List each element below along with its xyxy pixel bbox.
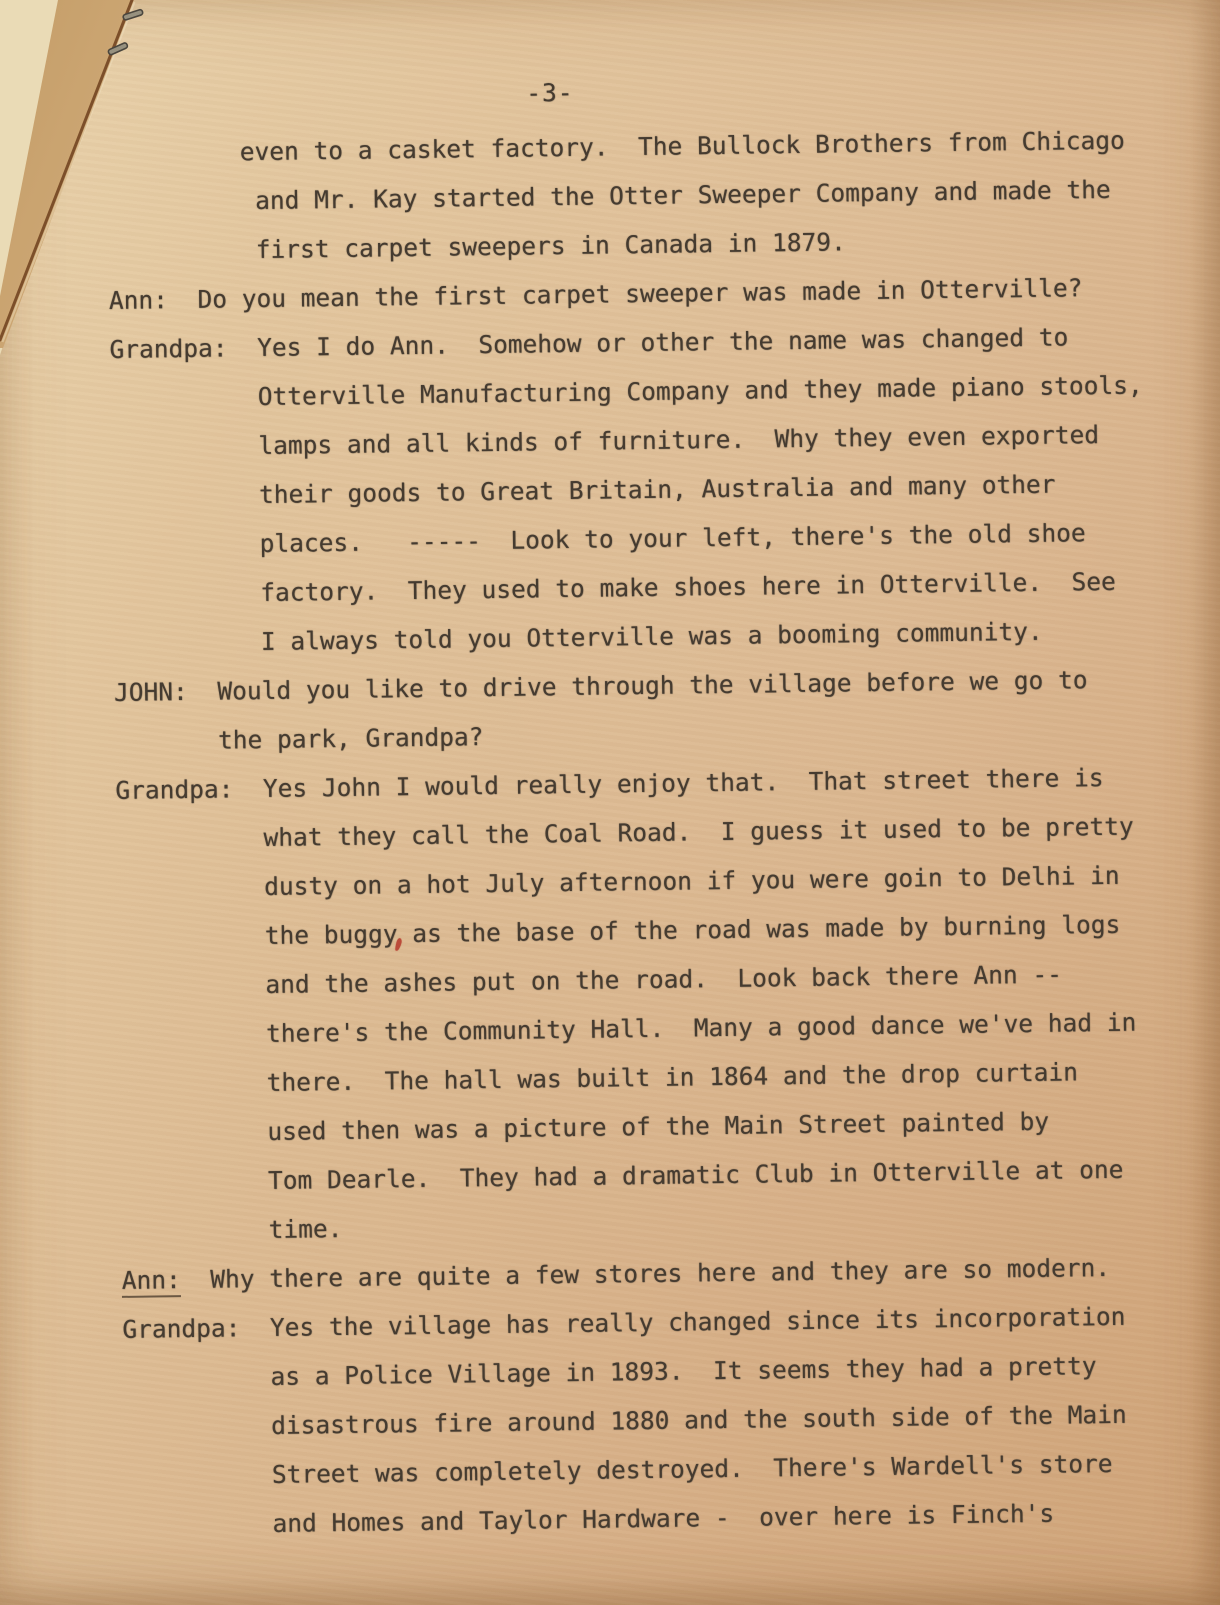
line-text: Why there are quite a few stores here an… bbox=[210, 1253, 1110, 1294]
page-number: -3- bbox=[526, 68, 574, 118]
indent-spaces bbox=[117, 921, 265, 952]
line-text: time. bbox=[268, 1214, 342, 1244]
line-text: and Mr. Kay started the Otter Sweeper Co… bbox=[255, 175, 1111, 215]
indent-spaces bbox=[115, 726, 219, 756]
line-text: Yes John I would really enjoy that. That… bbox=[263, 763, 1104, 803]
scanned-page: -3- even to a casket factory. The Bulloc… bbox=[0, 0, 1220, 1605]
indent-spaces bbox=[123, 1411, 271, 1442]
line-text: used then was a picture of the Main Stre… bbox=[267, 1107, 1049, 1146]
line-text: Do you mean the first carpet sweeper was… bbox=[197, 273, 1082, 314]
indent-spaces bbox=[240, 1313, 270, 1342]
indent-spaces bbox=[116, 823, 264, 854]
indent-spaces bbox=[111, 431, 259, 462]
indent-spaces bbox=[118, 970, 266, 1001]
speaker-label: JOHN: bbox=[114, 677, 188, 707]
line-text: Would you like to drive through the vill… bbox=[217, 665, 1088, 705]
page-bottom-edge-shadow bbox=[0, 1579, 1220, 1605]
binding-corner bbox=[0, 0, 220, 420]
indent-spaces bbox=[113, 627, 261, 658]
indent-spaces bbox=[227, 333, 257, 362]
indent-spaces bbox=[112, 529, 260, 560]
line-text: Otterville Manufacturing Company and the… bbox=[258, 370, 1143, 411]
typed-text-layer: -3- even to a casket factory. The Bulloc… bbox=[105, 0, 1220, 1605]
line-text: places. ----- Look to your left, there's… bbox=[259, 518, 1085, 558]
line-text: Yes the village has really changed since… bbox=[270, 1302, 1126, 1342]
indent-spaces bbox=[120, 1117, 268, 1148]
indent-spaces bbox=[233, 774, 263, 803]
page-right-edge-shadow bbox=[1190, 0, 1220, 1605]
line-text: lamps and all kinds of furniture. Why th… bbox=[258, 420, 1099, 460]
speaker-label: Grandpa: bbox=[115, 774, 233, 805]
indent-spaces bbox=[123, 1362, 271, 1393]
indent-spaces bbox=[119, 1068, 267, 1099]
indent-spaces bbox=[120, 1166, 268, 1197]
speaker-label: Ann: bbox=[122, 1265, 181, 1298]
line-text: Street was completely destroyed. There's… bbox=[272, 1449, 1113, 1489]
line-text: there. The hall was built in 1864 and th… bbox=[267, 1057, 1079, 1097]
indent-spaces bbox=[111, 480, 259, 511]
line-text: Yes I do Ann. Somehow or other the name … bbox=[257, 322, 1069, 362]
line-text: their goods to Great Britain, Australia … bbox=[259, 470, 1056, 509]
line-text: as a Police Village in 1893. It seems th… bbox=[270, 1351, 1096, 1391]
indent-spaces bbox=[125, 1509, 273, 1540]
line-text: the park, Grandpa? bbox=[218, 722, 484, 754]
line-text: what they call the Coal Road. I guess it… bbox=[263, 812, 1134, 852]
line-text: there's the Community Hall. Many a good … bbox=[266, 1008, 1137, 1048]
line-text: I always told you Otterville was a boomi… bbox=[261, 617, 1043, 656]
indent-spaces bbox=[181, 1265, 211, 1294]
line-text: dusty on a hot July afternoon if you wer… bbox=[264, 861, 1120, 901]
indent-spaces bbox=[124, 1460, 272, 1491]
script-lines: even to a casket factory. The Bullock Br… bbox=[107, 115, 1158, 1549]
indent-spaces bbox=[118, 1019, 266, 1050]
line-text: Tom Dearle. They had a dramatic Club in … bbox=[268, 1155, 1124, 1195]
line-text: even to a casket factory. The Bullock Br… bbox=[240, 126, 1125, 167]
indent-spaces bbox=[113, 578, 261, 609]
line-text: factory. They used to make shoes here in… bbox=[260, 567, 1116, 607]
line-text: disastrous fire around 1880 and the sout… bbox=[271, 1400, 1127, 1440]
line-text: first carpet sweepers in Canada in 1879. bbox=[256, 227, 846, 264]
indent-spaces bbox=[188, 677, 218, 706]
line-text: the buggy as the base of the road was ma… bbox=[265, 910, 1121, 950]
line-text: and the ashes put on the road. Look back… bbox=[265, 960, 1062, 999]
indent-spaces bbox=[116, 872, 264, 903]
indent-spaces bbox=[121, 1215, 269, 1246]
line-text: and Homes and Taylor Hardware - over her… bbox=[272, 1499, 1054, 1538]
speaker-label: Grandpa: bbox=[122, 1313, 240, 1344]
